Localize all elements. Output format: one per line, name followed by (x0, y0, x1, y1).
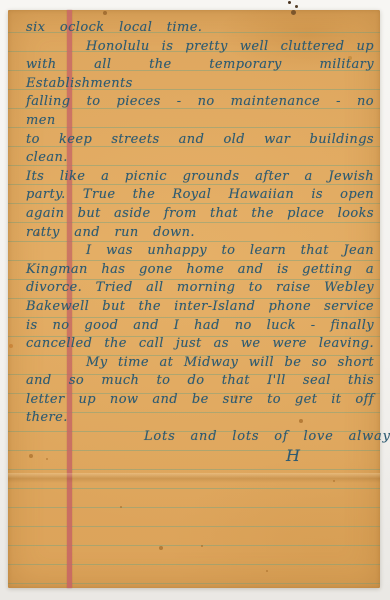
paper-crease (8, 473, 380, 483)
letter-line: Its like a picnic grounds after a Jewish (26, 168, 374, 187)
letter-line: and so much to do that I'll seal this (26, 372, 374, 391)
letter-text: six oclock local time.Honolulu is pretty… (26, 19, 374, 465)
letter-line: Honolulu is pretty well cluttered up (26, 38, 374, 57)
letter-line: to keep streets and old war buildings cl… (26, 131, 374, 168)
letter-line: Lots and lots of love always - (26, 428, 374, 447)
letter-line: is no good and I had no luck - finally (26, 317, 374, 336)
letter-line: divorce. Tried all morning to raise Webl… (26, 279, 374, 298)
letter-line: with all the temporary military Establis… (26, 56, 374, 93)
letter-line: H (26, 447, 374, 466)
letter-line: My time at Midway will be so short (26, 354, 374, 373)
letter-line: falling to pieces - no maintenance - no … (26, 93, 374, 130)
letter-line: I was unhappy to learn that Jean (26, 242, 374, 261)
letter-line: letter up now and be sure to get it off (26, 391, 374, 410)
letter-line: ratty and run down. (26, 224, 374, 243)
letter-line: Kingman has gone home and is getting a (26, 261, 374, 280)
letter-line: again but aside from that the place look… (26, 205, 374, 224)
background-ink-specks (288, 1, 291, 4)
letter-line: party. True the Royal Hawaiian is open (26, 186, 374, 205)
scan-background: six oclock local time.Honolulu is pretty… (0, 0, 390, 600)
letter-paper: six oclock local time.Honolulu is pretty… (8, 10, 380, 588)
letter-line: there. (26, 409, 374, 428)
paper-specks (8, 10, 10, 12)
letter-line: six oclock local time. (26, 19, 374, 38)
letter-line: cancelled the call just as we were leavi… (26, 335, 374, 354)
letter-line: Bakewell but the inter-Island phone serv… (26, 298, 374, 317)
